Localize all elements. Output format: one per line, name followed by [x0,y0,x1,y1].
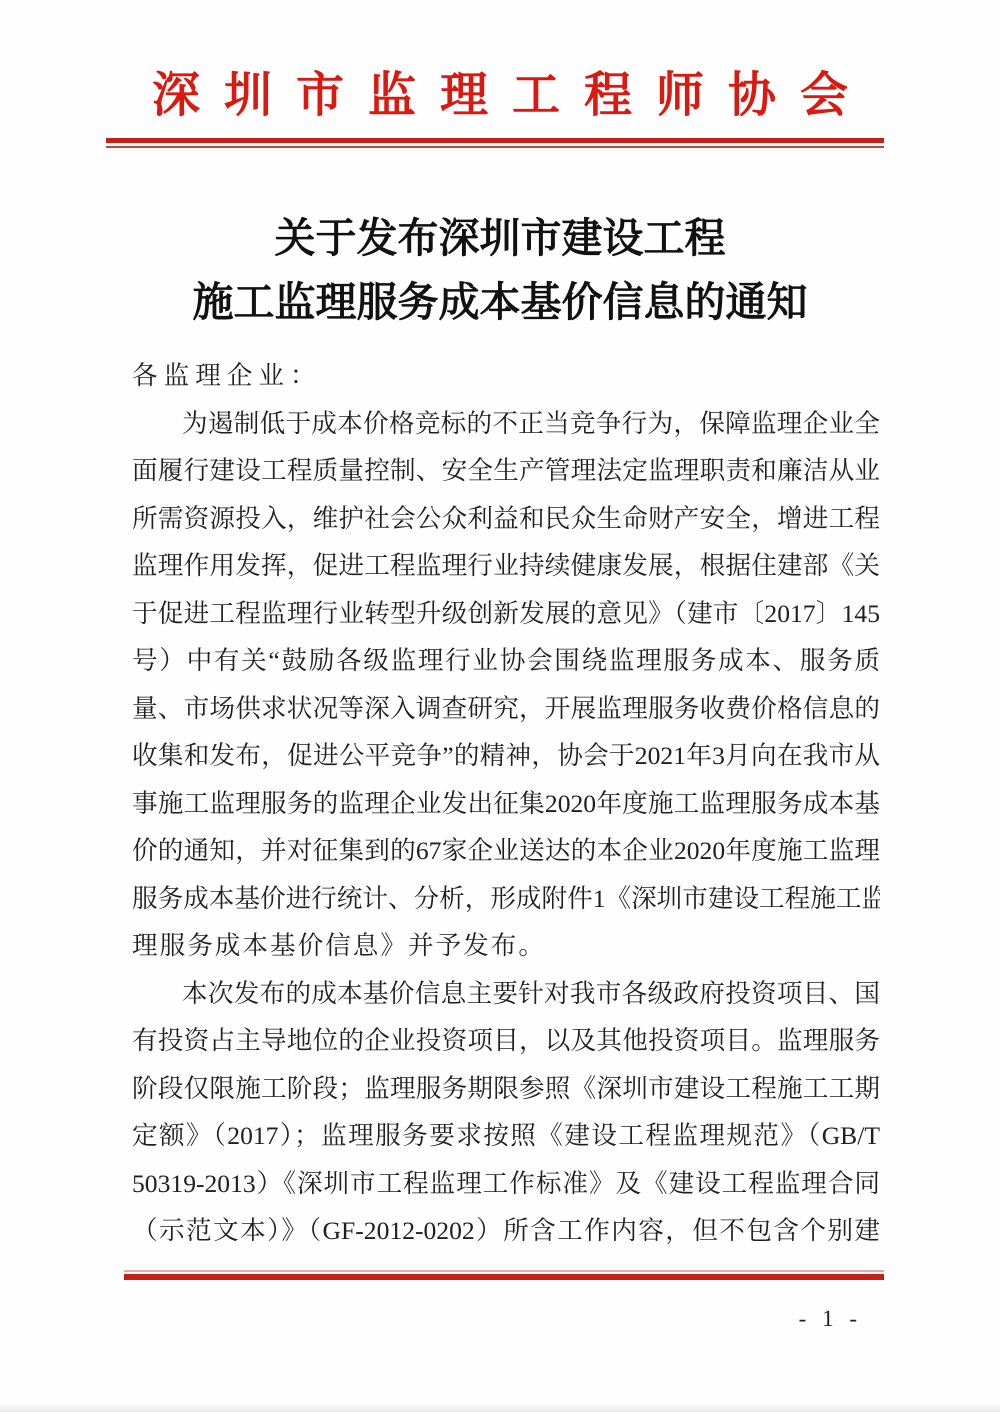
document-title-line-1: 关于发布深圳市建设工程 [0,206,1000,270]
letterhead-divider-thin-line [106,146,884,148]
page-bottom-shadow [0,1403,1000,1412]
document-title: 关于发布深圳市建设工程 施工监理服务成本基价信息的通知 [0,206,1000,334]
document-body: 各监理企业： 为遏制低于成本价格竞标的不正当竞争行为，保障监理企业全 面履行建设… [132,352,880,1255]
page-number: - 1 - [799,1306,862,1332]
paragraph1-line: 量、市场供求状况等深入调查研究，开展监理服务收费价格信息的 [132,685,880,733]
letterhead-divider [106,138,884,148]
paragraph2-line: （示范文本）》（GF-2012-0202）所含工作内容，但不包含个别建 [132,1207,880,1255]
paragraph1-line: 价的通知，并对征集到的67家企业送达的本企业2020年度施工监理 [132,827,880,875]
paragraph1-line: 事施工监理服务的监理企业发出征集2020年度施工监理服务成本基 [132,780,880,828]
paragraph2-line: 有投资占主导地位的企业投资项目，以及其他投资项目。监理服务 [132,1017,880,1065]
paragraph2-line: 阶段仅限施工阶段；监理服务期限参照《深圳市建设工程施工工期 [132,1065,880,1113]
paragraph2-line: 50319-2013）《深圳市工程监理工作标准》及《建设工程监理合同 [132,1160,880,1208]
paragraph1-line: 为遏制低于成本价格竞标的不正当竞争行为，保障监理企业全 [132,400,880,448]
paragraph1-line: 理服务成本基价信息》并予发布。 [132,922,880,970]
footer-divider-thick-line [124,1274,884,1280]
salutation: 各监理企业： [132,352,880,400]
paragraph1-line: 面履行建设工程质量控制、安全生产管理法定监理职责和廉洁从业 [132,447,880,495]
paragraph2-line: 本次发布的成本基价信息主要针对我市各级政府投资项目、国 [132,970,880,1018]
paragraph1-line: 监理作用发挥，促进工程监理行业持续健康发展，根据住建部《关 [132,542,880,590]
footer-divider [124,1270,884,1280]
paragraph1-line: 所需资源投入，维护社会公众利益和民众生命财产安全，增进工程 [132,495,880,543]
letterhead-org-name: 深圳市监理工程师协会 [0,68,1000,124]
document-page: 深圳市监理工程师协会 关于发布深圳市建设工程 施工监理服务成本基价信息的通知 各… [0,0,1000,1412]
paragraph1-line: 于促进工程监理行业转型升级创新发展的意见》（建市〔2017〕145 [132,590,880,638]
document-title-line-2: 施工监理服务成本基价信息的通知 [0,270,1000,334]
paragraph1-line: 号）中有关“鼓励各级监理行业协会围绕监理服务成本、服务质 [132,637,880,685]
paragraph1-line: 收集和发布，促进公平竞争”的精神，协会于2021年3月向在我市从 [132,732,880,780]
paragraph1-line: 服务成本基价进行统计、分析，形成附件1《深圳市建设工程施工监 [132,875,880,923]
paragraph2-line: 定额》（2017）；监理服务要求按照《建设工程监理规范》（GB/T [132,1112,880,1160]
